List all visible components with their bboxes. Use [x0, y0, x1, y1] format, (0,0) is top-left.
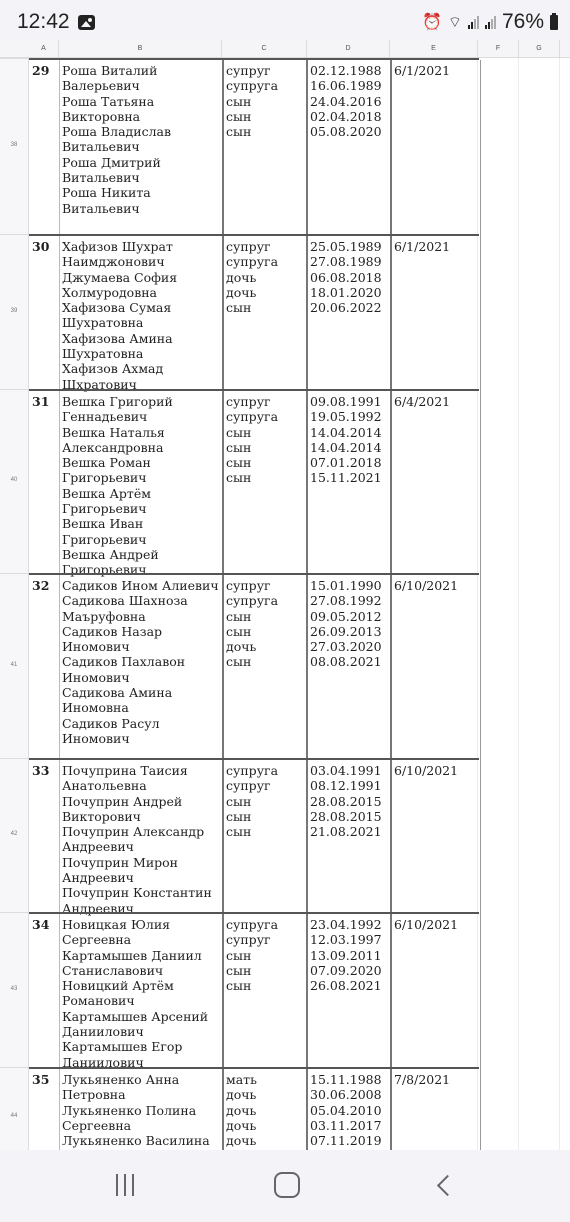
name-line: Роша Владислав — [62, 124, 222, 139]
cell-birthdates[interactable]: 23.04.199212.03.199713.09.201107.09.2020… — [306, 914, 392, 1069]
row-divider — [0, 58, 28, 59]
name-line: Сергеевна — [62, 1118, 222, 1133]
name-line: Картамышев Егор — [62, 1039, 222, 1054]
relation-line: сын — [226, 455, 308, 470]
name-line: Роша Дмитрий — [62, 155, 222, 170]
cell-names[interactable]: Вешка ГригорийГеннадьевичВешка НатальяАл… — [59, 391, 222, 575]
name-line: Картамышев Арсений — [62, 1009, 222, 1024]
name-line: Геннадьевич — [62, 409, 222, 424]
birthdate-line: 12.03.1997 — [310, 932, 392, 947]
cell-number[interactable]: 31 — [29, 391, 62, 575]
name-line: Иномовна — [62, 700, 222, 715]
cell-number[interactable]: 30 — [29, 236, 62, 391]
name-line: Иномович — [62, 731, 222, 746]
name-line: Хафизов Шухрат — [62, 239, 222, 254]
birthdate-line: 20.06.2022 — [310, 300, 392, 315]
column-header-a[interactable]: A — [29, 40, 59, 57]
battery-icon — [550, 15, 558, 30]
name-line: Почуприн Константин — [62, 885, 222, 900]
table-row[interactable]: 33Почуприна ТаисияАнатольевнаПочуприн Ан… — [29, 758, 479, 914]
name-line: Анатольевна — [62, 778, 222, 793]
name-line: Холмуродовна — [62, 285, 222, 300]
birthdate-line: 06.08.2018 — [310, 270, 392, 285]
cell-relations[interactable]: супругсупругасынсынсынсын — [222, 391, 308, 575]
column-header: A B C D E F G — [0, 40, 570, 58]
relation-line: супруга — [226, 763, 308, 778]
row-header[interactable]: 39 — [0, 308, 28, 314]
cell-date[interactable]: 6/4/2021 — [390, 391, 481, 575]
birthdate-line: 27.08.1992 — [310, 593, 392, 608]
column-divider — [518, 58, 519, 1150]
status-icons: ⏰ ⌔ 76% — [422, 10, 558, 34]
home-button[interactable] — [274, 1172, 300, 1198]
cell-names[interactable]: Садиков Ином АлиевичСадикова ШахнозаМаър… — [59, 575, 222, 760]
column-header-b[interactable]: B — [59, 40, 222, 57]
birthdate-line: 21.08.2021 — [310, 824, 392, 839]
relation-line: сын — [226, 978, 308, 993]
relation-line: сын — [226, 124, 308, 139]
birthdate-line: 19.05.1992 — [310, 409, 392, 424]
birthdate-line: 15.11.1988 — [310, 1072, 392, 1087]
birthdate-line: 18.01.2020 — [310, 285, 392, 300]
birthdate-line: 13.09.2011 — [310, 948, 392, 963]
relation-line: сын — [226, 654, 308, 669]
birthdate-line: 26.08.2021 — [310, 978, 392, 993]
spreadsheet-grid[interactable]: 29Роша ВиталийВалерьевичРоша ТатьянаВикт… — [29, 58, 570, 1150]
row-header[interactable]: 41 — [0, 662, 28, 668]
column-divider — [559, 58, 560, 1150]
name-line: Лукьяненко Василина — [62, 1133, 222, 1148]
recents-button[interactable] — [116, 1174, 134, 1196]
row-divider — [0, 912, 28, 913]
status-time: 12:42 — [17, 10, 70, 34]
name-line: Вешка Артём — [62, 486, 222, 501]
relation-line: дочь — [226, 1118, 308, 1133]
cell-names[interactable]: Почуприна ТаисияАнатольевнаПочуприн Андр… — [59, 760, 222, 914]
birthdate-line: 25.05.1989 — [310, 239, 392, 254]
birthdate-line: 15.01.1990 — [310, 578, 392, 593]
cell-birthdates[interactable]: 15.11.198830.06.200805.04.201003.11.2017… — [306, 1069, 392, 1150]
birthdate-line: 02.04.2018 — [310, 109, 392, 124]
name-line: Станиславович — [62, 963, 222, 978]
gallery-icon — [78, 15, 95, 30]
name-line: Андреевич — [62, 870, 222, 885]
name-line: Джумаева София — [62, 270, 222, 285]
name-line: Шухратовна — [62, 346, 222, 361]
name-line: Роша Татьяна — [62, 94, 222, 109]
back-button[interactable] — [437, 1175, 458, 1196]
name-line: Григорьевич — [62, 532, 222, 547]
name-line: Почуприн Мирон — [62, 855, 222, 870]
name-line: Садикова Шахноза — [62, 593, 222, 608]
cell-names[interactable]: Роша ВиталийВалерьевичРоша ТатьянаВиктор… — [59, 60, 222, 236]
row-header[interactable]: 43 — [0, 986, 28, 992]
birthdate-line: 28.08.2015 — [310, 809, 392, 824]
name-line: Валерьевич — [62, 78, 222, 93]
name-line: Иномович — [62, 670, 222, 685]
birthdate-line: 09.08.1991 — [310, 394, 392, 409]
relation-line: дочь — [226, 270, 308, 285]
relation-line: дочь — [226, 285, 308, 300]
name-line: Садикова Амина — [62, 685, 222, 700]
name-line: Григорьевич — [62, 470, 222, 485]
name-line: Сергеевна — [62, 932, 222, 947]
name-line: Петровна — [62, 1087, 222, 1102]
birthdate-line: 07.11.2019 — [310, 1133, 392, 1148]
name-line: Хафизова Амина — [62, 331, 222, 346]
relation-line: сын — [226, 809, 308, 824]
row-header[interactable]: 40 — [0, 477, 28, 483]
cell-number[interactable]: 29 — [29, 60, 62, 236]
cell-number[interactable]: 35 — [29, 1069, 62, 1150]
wifi-icon: ⌔ — [448, 13, 462, 32]
cell-relations[interactable]: матьдочьдочьдочьдочь — [222, 1069, 308, 1150]
name-line: Почуприна Таисия — [62, 763, 222, 778]
cell-birthdates[interactable]: 25.05.198927.08.198906.08.201818.01.2020… — [306, 236, 392, 391]
name-line: Роша Виталий — [62, 63, 222, 78]
birthdate-line: 28.08.2015 — [310, 794, 392, 809]
birthdate-line: 23.04.1992 — [310, 917, 392, 932]
column-header-c[interactable]: C — [222, 40, 307, 57]
signal-icon — [468, 15, 479, 29]
birthdate-line: 14.04.2014 — [310, 425, 392, 440]
cell-number[interactable]: 33 — [29, 760, 62, 914]
relation-line: супруг — [226, 578, 308, 593]
cell-date[interactable]: 6/10/2021 — [390, 575, 481, 760]
cell-relations[interactable]: супругасупругсынсынсын — [222, 914, 308, 1069]
birthdate-line: 16.06.1989 — [310, 78, 392, 93]
name-line: Почуприн Андрей — [62, 794, 222, 809]
cell-birthdates[interactable]: 09.08.199119.05.199214.04.201414.04.2014… — [306, 391, 392, 575]
cell-number[interactable]: 34 — [29, 914, 62, 1069]
name-line: Андреевич — [62, 839, 222, 854]
name-line: Витальевич — [62, 201, 222, 216]
column-header-g[interactable]: G — [519, 40, 560, 57]
name-line: Шухратовна — [62, 315, 222, 330]
birthdate-line: 15.11.2021 — [310, 470, 392, 485]
relation-line: мать — [226, 1072, 308, 1087]
cell-relations[interactable]: супругсупругадочьдочьсын — [222, 236, 308, 391]
row-divider — [0, 389, 28, 390]
birthdate-line: 08.08.2021 — [310, 654, 392, 669]
name-line: Картамышев Даниил — [62, 948, 222, 963]
row-header-column: 38394041424344 — [0, 58, 29, 1150]
cell-relations[interactable]: супругсупругасынсынсын — [222, 60, 308, 236]
cell-date[interactable]: 6/10/2021 — [390, 760, 481, 914]
relation-line: сын — [226, 963, 308, 978]
birthdate-line: 07.09.2020 — [310, 963, 392, 978]
birthdate-line: 05.04.2010 — [310, 1103, 392, 1118]
name-line: Григорьевич — [62, 501, 222, 516]
birthdate-line: 26.09.2013 — [310, 624, 392, 639]
name-line: Викторович — [62, 809, 222, 824]
row-header[interactable]: 38 — [0, 142, 28, 148]
relation-line: дочь — [226, 1133, 308, 1148]
relation-line: супруга — [226, 78, 308, 93]
relation-line: супруг — [226, 932, 308, 947]
name-line: Даниилович — [62, 1024, 222, 1039]
name-line: Хафизов Ахмад — [62, 361, 222, 376]
name-line: Александровна — [62, 440, 222, 455]
cell-date[interactable]: 6/1/2021 — [390, 60, 481, 236]
name-line: Вешка Андрей — [62, 547, 222, 562]
birthdate-line: 03.11.2017 — [310, 1118, 392, 1133]
cell-names[interactable]: Новицкая ЮлияСергеевнаКартамышев ДаниилС… — [59, 914, 222, 1069]
relation-line: супруга — [226, 917, 308, 932]
name-line: Вешка Григорий — [62, 394, 222, 409]
name-line: Хафизова Сумая — [62, 300, 222, 315]
relation-line: супруга — [226, 409, 308, 424]
cell-date[interactable]: 7/8/2021 — [390, 1069, 481, 1150]
relation-line: сын — [226, 948, 308, 963]
cell-date[interactable]: 6/10/2021 — [390, 914, 481, 1069]
column-header-f[interactable]: F — [478, 40, 519, 57]
column-header-d[interactable]: D — [307, 40, 390, 57]
row-header[interactable]: 44 — [0, 1113, 28, 1119]
column-header-e[interactable]: E — [390, 40, 478, 57]
name-line: Вешка Роман — [62, 455, 222, 470]
birthdate-line: 24.04.2016 — [310, 94, 392, 109]
birthdate-line: 08.12.1991 — [310, 778, 392, 793]
birthdate-line: 03.04.1991 — [310, 763, 392, 778]
table-row[interactable]: 31Вешка ГригорийГеннадьевичВешка Наталья… — [29, 389, 479, 575]
name-line: Романович — [62, 993, 222, 1008]
cell-relations[interactable]: супругсупругасынсындочьсын — [222, 575, 308, 760]
relation-line: сын — [226, 300, 308, 315]
relation-line: сын — [226, 94, 308, 109]
relation-line: дочь — [226, 1087, 308, 1102]
cell-number[interactable]: 32 — [29, 575, 62, 760]
relation-line: супруг — [226, 394, 308, 409]
relation-line: дочь — [226, 639, 308, 654]
signal-icon — [485, 15, 496, 29]
name-line: Садиков Пахлавон — [62, 654, 222, 669]
name-line: Лукьяненко Полина — [62, 1103, 222, 1118]
row-divider — [0, 1067, 28, 1068]
birthdate-line: 09.05.2012 — [310, 609, 392, 624]
cell-names[interactable]: Лукьяненко АннаПетровнаЛукьяненко Полина… — [59, 1069, 222, 1150]
cell-date[interactable]: 6/1/2021 — [390, 236, 481, 391]
cell-birthdates[interactable]: 02.12.198816.06.198924.04.201602.04.2018… — [306, 60, 392, 236]
name-line: Новицкая Юлия — [62, 917, 222, 932]
birthdate-line: 05.08.2020 — [310, 124, 392, 139]
name-line: Почуприн Александр — [62, 824, 222, 839]
birthdate-line: 02.12.1988 — [310, 63, 392, 78]
name-line: Наимджонович — [62, 254, 222, 269]
alarm-icon: ⏰ — [422, 12, 442, 32]
name-line: Маъруфовна — [62, 609, 222, 624]
name-line: Садиков Назар — [62, 624, 222, 639]
relation-line: сын — [226, 470, 308, 485]
name-line: Новицкий Артём — [62, 978, 222, 993]
birthdate-line: 27.03.2020 — [310, 639, 392, 654]
cell-relations[interactable]: супругасупругсынсынсын — [222, 760, 308, 914]
cell-birthdates[interactable]: 15.01.199027.08.199209.05.201226.09.2013… — [306, 575, 392, 760]
row-header[interactable]: 42 — [0, 831, 28, 837]
relation-line: сын — [226, 624, 308, 639]
name-line: Садиков Ином Алиевич — [62, 578, 222, 593]
relation-line: супруга — [226, 593, 308, 608]
name-line: Вешка Наталья — [62, 425, 222, 440]
navigation-bar — [0, 1150, 570, 1222]
row-divider — [0, 573, 28, 574]
cell-birthdates[interactable]: 03.04.199108.12.199128.08.201528.08.2015… — [306, 760, 392, 914]
row-divider — [0, 758, 28, 759]
table-row[interactable]: 34Новицкая ЮлияСергеевнаКартамышев Дании… — [29, 912, 479, 1069]
relation-line: сын — [226, 824, 308, 839]
name-line: Викторовна — [62, 109, 222, 124]
table-row[interactable]: 29Роша ВиталийВалерьевичРоша ТатьянаВикт… — [29, 58, 479, 236]
name-line: Иномович — [62, 639, 222, 654]
name-line: Роша Никита — [62, 185, 222, 200]
relation-line: супруг — [226, 778, 308, 793]
relation-line: сын — [226, 109, 308, 124]
relation-line: сын — [226, 440, 308, 455]
name-line: Витальевич — [62, 139, 222, 154]
row-divider — [0, 234, 28, 235]
relation-line: супруг — [226, 239, 308, 254]
status-bar: 12:42 ⏰ ⌔ 76% — [0, 0, 570, 40]
table-row[interactable]: 30Хафизов ШухратНаимджоновичДжумаева Соф… — [29, 234, 479, 391]
name-line: Витальевич — [62, 170, 222, 185]
birthdate-line: 07.01.2018 — [310, 455, 392, 470]
relation-line: сын — [226, 609, 308, 624]
birthdate-line: 27.08.1989 — [310, 254, 392, 269]
cell-names[interactable]: Хафизов ШухратНаимджоновичДжумаева София… — [59, 236, 222, 391]
relation-line: супруга — [226, 254, 308, 269]
birthdate-line: 14.04.2014 — [310, 440, 392, 455]
relation-line: сын — [226, 425, 308, 440]
table-row[interactable]: 32Садиков Ином АлиевичСадикова ШахнозаМа… — [29, 573, 479, 760]
name-line: Садиков Расул — [62, 716, 222, 731]
name-line: Лукьяненко Анна — [62, 1072, 222, 1087]
relation-line: супруг — [226, 63, 308, 78]
relation-line: сын — [226, 794, 308, 809]
relation-line: дочь — [226, 1103, 308, 1118]
battery-percent: 76% — [502, 10, 544, 34]
name-line: Вешка Иван — [62, 516, 222, 531]
table-row[interactable]: 35Лукьяненко АннаПетровнаЛукьяненко Поли… — [29, 1067, 479, 1150]
birthdate-line: 30.06.2008 — [310, 1087, 392, 1102]
